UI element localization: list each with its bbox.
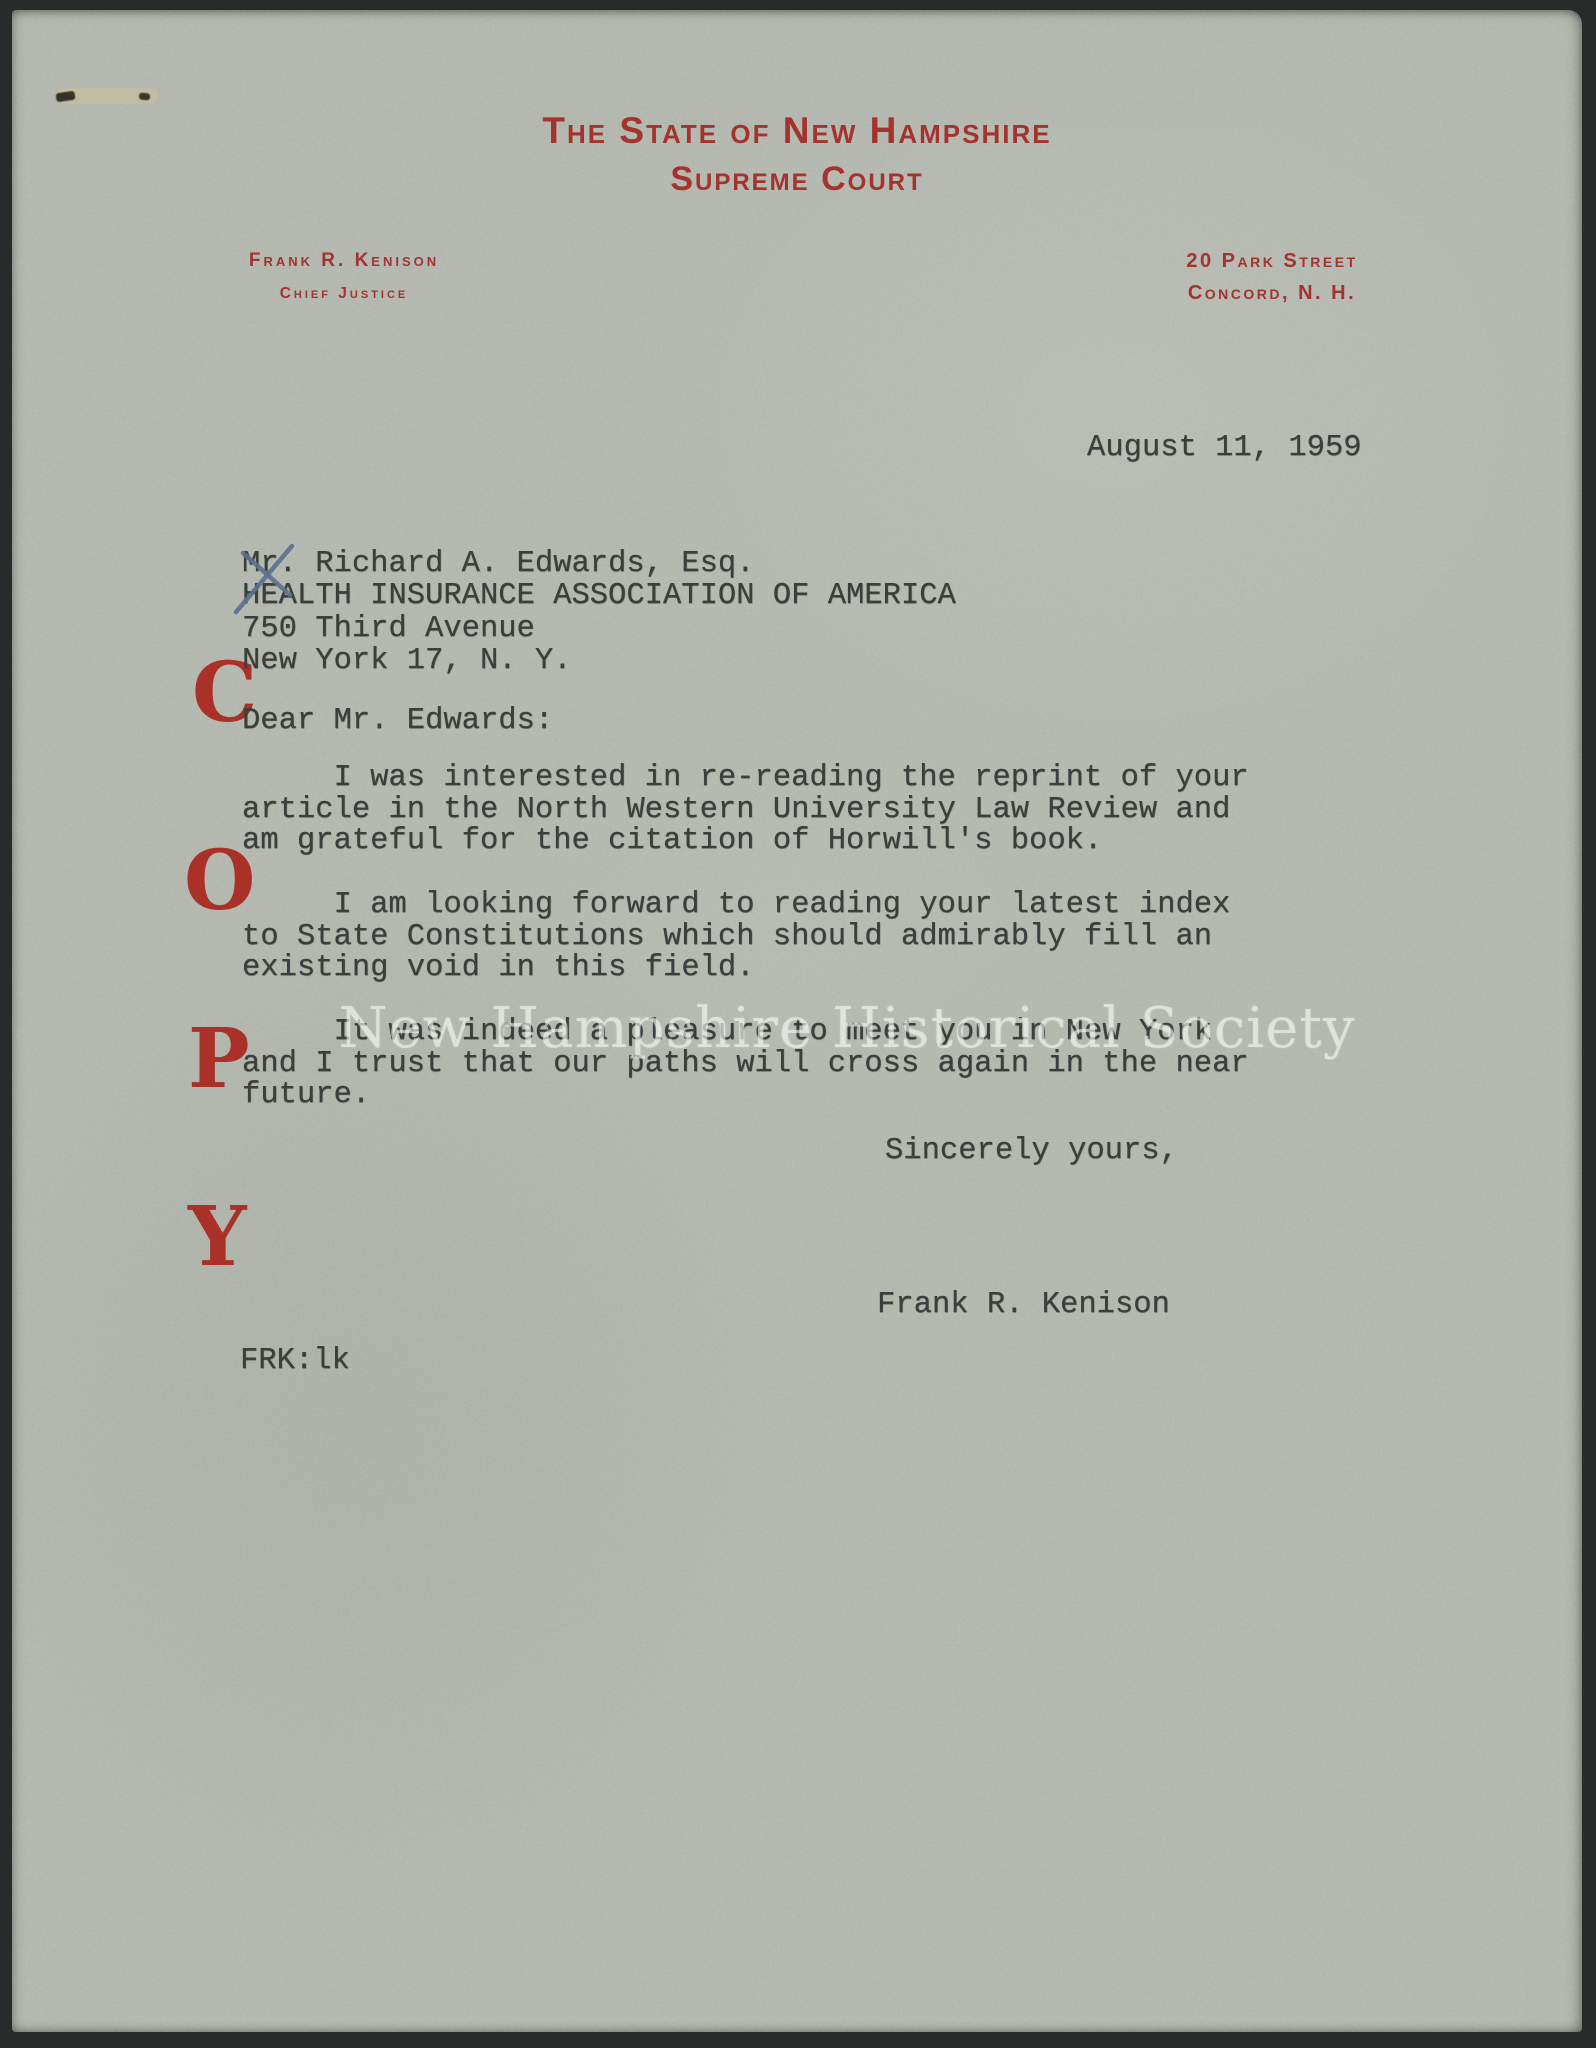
body-paragraph-1: I was interested in re-reading the repri… [242,763,1249,858]
letterhead-official-block: Frank R. Kenison Chief Justice [209,250,479,303]
text-line: I was interested in re-reading the repri… [242,763,1249,795]
body-paragraph-3: It was indeed a pleasure to meet you in … [242,1017,1249,1112]
stain-mark [55,91,75,103]
official-title: Chief Justice [209,285,479,303]
text-line: 750 Third Avenue [242,613,956,645]
letter-date: August 11, 1959 [1087,431,1362,465]
salutation: Dear Mr. Edwards: [242,704,553,738]
signature-name: Frank R. Kenison [877,1288,1170,1322]
recipient-address-block: Mr. Richard A. Edwards, Esq.HEALTH INSUR… [242,548,956,678]
paper-stain [55,88,159,104]
text-line: future. [242,1080,1249,1112]
typist-reference: FRK:lk [240,1344,350,1378]
text-line: am grateful for the citation of Horwill'… [242,826,1249,858]
text-line: I am looking forward to reading your lat… [242,890,1230,922]
body-paragraph-2: I am looking forward to reading your lat… [242,890,1230,985]
text-line: existing void in this field. [242,953,1230,985]
text-line: It was indeed a pleasure to meet you in … [242,1017,1249,1049]
text-line: New York 17, N. Y. [242,645,956,677]
closing-line: Sincerely yours, [885,1134,1178,1168]
text-line: to State Constitutions which should admi… [242,922,1230,954]
letterhead-title: The State of New Hampshire [12,110,1582,152]
letterhead-city: Concord, N. H. [1122,282,1422,305]
text-line: HEALTH INSURANCE ASSOCIATION OF AMERICA [242,580,956,612]
crossout-x-mark [220,532,302,618]
letterhead-address-block: 20 Park Street Concord, N. H. [1122,250,1422,305]
copy-stamp-letter-p: P [188,1012,250,1107]
copy-stamp-letter-y: Y [188,1190,247,1285]
text-line: article in the North Western University … [242,795,1249,827]
letterhead-street: 20 Park Street [1122,250,1422,273]
stain-mark [139,92,151,100]
letter-page: The State of New Hampshire Supreme Court… [12,10,1582,2032]
text-line: Mr. Richard A. Edwards, Esq. [242,548,956,580]
letterhead-subtitle: Supreme Court [12,160,1582,199]
text-line: and I trust that our paths will cross ag… [242,1049,1249,1081]
official-name: Frank R. Kenison [209,250,479,272]
